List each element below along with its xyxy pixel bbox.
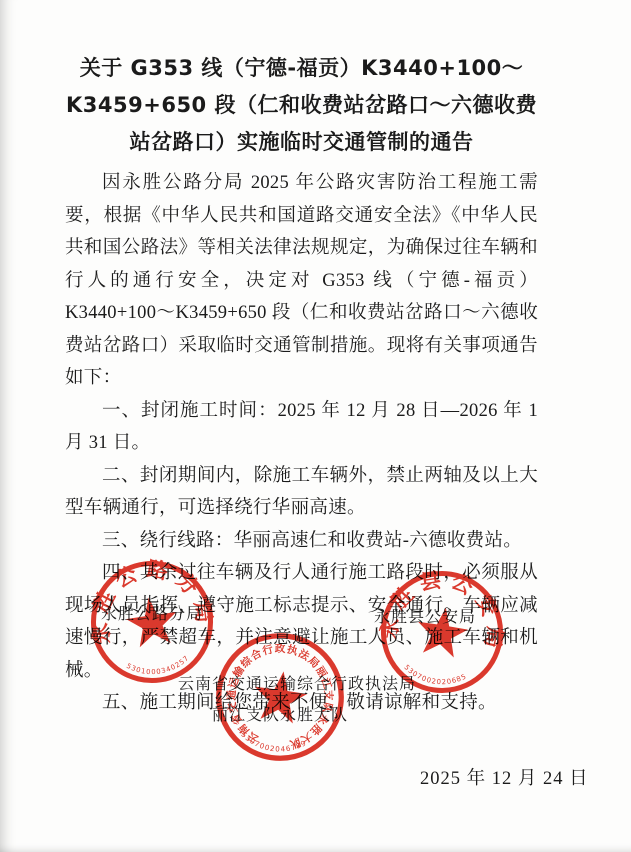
seal-transport-enforcement: 云南省交通运输综合行政执法局丽江支队永胜大队 5307002046789 — [204, 621, 355, 772]
notice-document-page: 关于 G353 线（宁德-福贡）K3440+100～K3459+650 段（仁和… — [0, 0, 631, 852]
star-icon — [124, 594, 181, 649]
notice-title: 关于 G353 线（宁德-福贡）K3440+100～K3459+650 段（仁和… — [65, 50, 538, 161]
seal-highway-branch: 永胜公路分局 5301000340257 — [80, 550, 225, 695]
star-icon — [413, 604, 470, 659]
issue-date: 2025 年 12 月 24 日 — [420, 764, 589, 790]
notice-intro-paragraph: 因永胜公路分局 2025 年公路灾害防治工程施工需要，根据《中华人民共和国道路交… — [65, 167, 538, 395]
star-icon — [250, 668, 309, 725]
seal-public-security: 永胜县公安局 5307002020685 — [369, 559, 515, 705]
notice-item-3: 三、绕行线路：华丽高速仁和收费站-六德收费站。 — [65, 525, 538, 558]
notice-item-2: 二、封闭期间内，除施工车辆外，禁止两轴及以上大型车辆通行，可选择绕行华丽高速。 — [65, 460, 538, 525]
notice-item-1: 一、封闭施工时间：2025 年 12 月 28 日—2026 年 1 月 31 … — [65, 395, 538, 460]
